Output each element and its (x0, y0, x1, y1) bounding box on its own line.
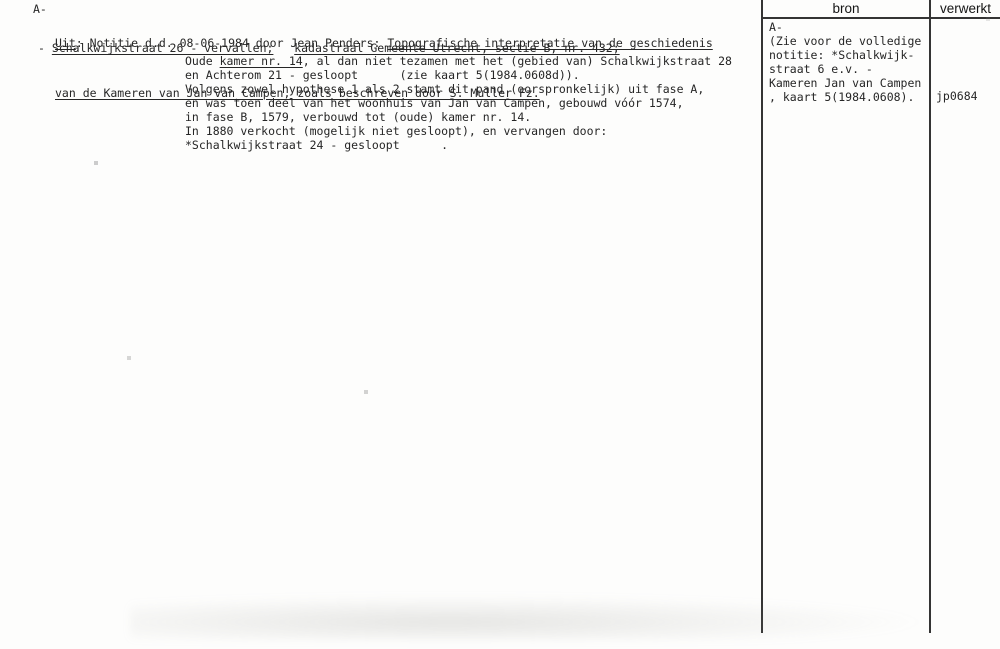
bron-note: A-(Zie voor de volledigenotitie: *Schalk… (769, 20, 921, 104)
underlined-text: kadastraal Gemeente Utrecht, sectie B, n… (294, 41, 619, 55)
text-line: en was toen deel van het woonhuis van Ja… (185, 96, 732, 110)
scan-specks (0, 0, 2, 2)
text-segment: , al dan niet tezamen met het (gebied va… (303, 54, 732, 68)
text-line: *Schalkwijkstraat 24 - gesloopt . (185, 138, 732, 152)
text-segment: en Achterom 21 - gesloopt (zie kaart 5(1… (185, 68, 580, 82)
text-segment (273, 41, 294, 55)
text-line: straat 6 e.v. - (769, 62, 921, 76)
text-segment: Oude (185, 54, 220, 68)
text-segment: in fase B, 1579, verbouwd tot (oude) kam… (185, 110, 531, 124)
verwerkt-value: jp0684 (936, 89, 978, 103)
entry-body: Oude kamer nr. 14, al dan niet tezamen m… (185, 54, 732, 152)
text-line: (Zie voor de volledige (769, 34, 921, 48)
text-line: Kameren Jan van Campen (769, 76, 921, 90)
text-segment: Volgens zowel hypothese 1 als 2 stamt di… (185, 82, 704, 96)
bron-column-header: bron (763, 1, 929, 16)
scanned-document-page: A- Uit: Notitie d.d. 08-06-1984 door Jea… (0, 0, 1000, 649)
scan-smudge (130, 595, 930, 640)
underlined-text: kamer nr. 14 (220, 54, 303, 68)
text-line: notitie: *Schalkwijk- (769, 48, 921, 62)
text-segment: en was toen deel van het woonhuis van Ja… (185, 96, 684, 110)
text-line: , kaart 5(1984.0608). (769, 90, 921, 104)
text-line: en Achterom 21 - gesloopt (zie kaart 5(1… (185, 68, 732, 82)
text-line: Volgens zowel hypothese 1 als 2 stamt di… (185, 82, 732, 96)
text-line: in fase B, 1579, verbouwd tot (oude) kam… (185, 110, 732, 124)
bron-column-left-rule (761, 0, 763, 633)
header-bottom-rule (761, 17, 1000, 19)
underlined-text: Schalkwijkstraat 26 - vervallen; (52, 41, 274, 55)
text-segment: *Schalkwijkstraat 24 - gesloopt . (185, 138, 448, 152)
text-line: Oude kamer nr. 14, al dan niet tezamen m… (185, 54, 732, 68)
verwerkt-column-header: verwerkt (931, 1, 1000, 16)
text-line: In 1880 verkocht (mogelijk niet gesloopt… (185, 124, 732, 138)
text-line: A- (769, 20, 921, 34)
entry-title: - Schalkwijkstraat 26 - vervallen; kadas… (38, 41, 620, 55)
text-segment: In 1880 verkocht (mogelijk niet gesloopt… (185, 124, 607, 138)
item-marker: A- (33, 2, 47, 16)
text-segment: - (38, 41, 52, 55)
verwerkt-column-left-rule (929, 0, 931, 633)
